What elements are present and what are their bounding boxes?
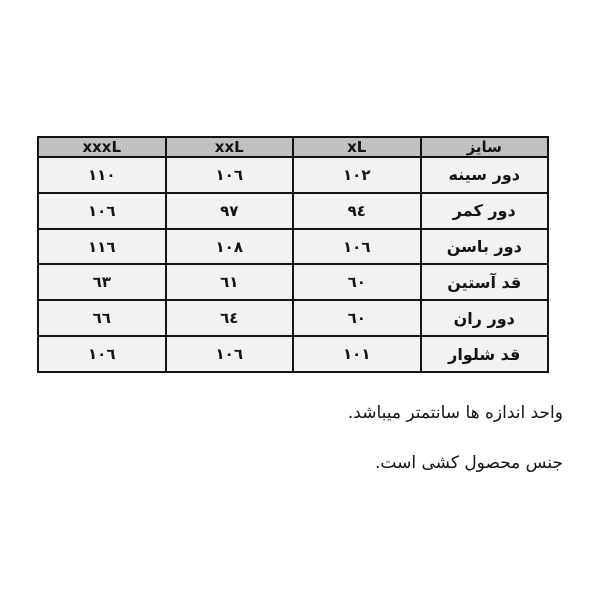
- row-label-sleeve: قد آستین: [421, 264, 549, 300]
- cell-pants-xl: ١٠١: [293, 336, 421, 372]
- col-header-xxxl: xxxL: [38, 137, 166, 157]
- cell-waist-xxxl: ١٠٦: [38, 193, 166, 229]
- table-row-sleeve: ٦٣ ٦١ ٦٠ قد آستین: [38, 264, 548, 300]
- table-row-thigh: ٦٦ ٦٤ ٦٠ دور ران: [38, 300, 548, 336]
- row-label-thigh: دور ران: [421, 300, 549, 336]
- cell-chest-xxxl: ١١٠: [38, 157, 166, 193]
- cell-hip-xxl: ١٠٨: [166, 229, 294, 265]
- cell-pants-xxl: ١٠٦: [166, 336, 294, 372]
- cell-thigh-xl: ٦٠: [293, 300, 421, 336]
- row-label-pants-length: قد شلوار: [421, 336, 549, 372]
- row-label-chest: دور سینه: [421, 157, 549, 193]
- cell-hip-xl: ١٠٦: [293, 229, 421, 265]
- table-row-pants-length: ١٠٦ ١٠٦ ١٠١ قد شلوار: [38, 336, 548, 372]
- row-label-hip: دور باسن: [421, 229, 549, 265]
- cell-sleeve-xxxl: ٦٣: [38, 264, 166, 300]
- table-row-hip: ١١٦ ١٠٨ ١٠٦ دور باسن: [38, 229, 548, 265]
- cell-sleeve-xxl: ٦١: [166, 264, 294, 300]
- table-row-waist: ١٠٦ ٩٧ ٩٤ دور کمر: [38, 193, 548, 229]
- cell-chest-xl: ١٠٢: [293, 157, 421, 193]
- note-units: واحد اندازه ها سانتمتر میباشد.: [37, 402, 563, 424]
- col-header-xl: xL: [293, 137, 421, 157]
- table-row-chest: ١١٠ ١٠٦ ١٠٢ دور سینه: [38, 157, 548, 193]
- cell-waist-xl: ٩٤: [293, 193, 421, 229]
- cell-hip-xxxl: ١١٦: [38, 229, 166, 265]
- page: { "page": { "background": "#ffffff" }, "…: [0, 0, 600, 600]
- col-header-size: سایز: [421, 137, 549, 157]
- cell-sleeve-xl: ٦٠: [293, 264, 421, 300]
- size-chart-table: xxxL xxL xL سایز ١١٠ ١٠٦ ١٠٢ دور سینه ١٠…: [37, 136, 549, 373]
- cell-thigh-xxl: ٦٤: [166, 300, 294, 336]
- cell-chest-xxl: ١٠٦: [166, 157, 294, 193]
- cell-waist-xxl: ٩٧: [166, 193, 294, 229]
- note-material: جنس محصول کشی است.: [37, 452, 563, 474]
- cell-thigh-xxxl: ٦٦: [38, 300, 166, 336]
- col-header-xxl: xxL: [166, 137, 294, 157]
- table-header-row: xxxL xxL xL سایز: [38, 137, 548, 157]
- row-label-waist: دور کمر: [421, 193, 549, 229]
- cell-pants-xxxl: ١٠٦: [38, 336, 166, 372]
